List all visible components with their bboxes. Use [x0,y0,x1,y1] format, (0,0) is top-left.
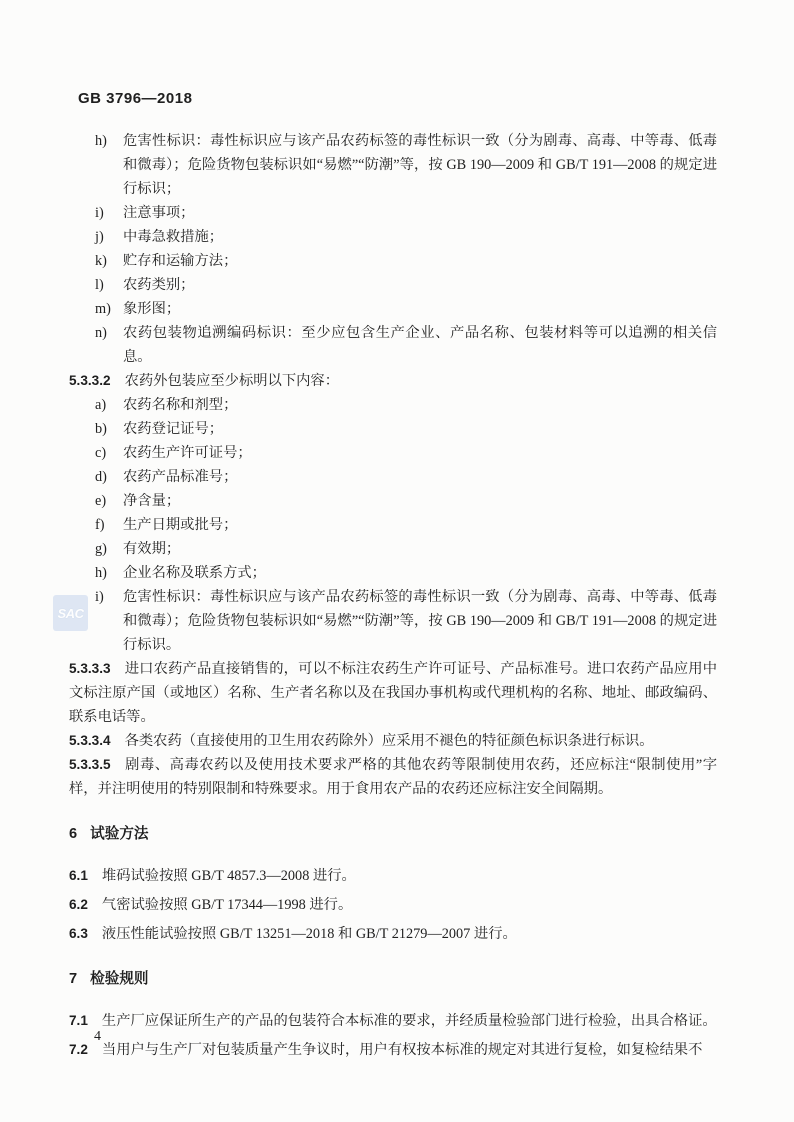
list-item-text: 净含量； [123,493,180,509]
list-item: k)贮存和运输方法； [69,249,717,273]
list-item-label: c) [95,441,106,465]
clause-text: 当用户与生产厂对包装质量产生争议时，用户有权按本标准的规定对其进行复检，如复检结… [102,1042,702,1058]
clause-text: 农药外包装应至少标明以下内容： [125,373,339,389]
clause-paragraph: 6.3液压性能试验按照 GB/T 13251—2018 和 GB/T 21279… [69,922,717,946]
list-item: l)农药类别； [69,273,717,297]
clause-paragraph: 5.3.3.4各类农药（直接使用的卫生用农药除外）应采用不褪色的特征颜色标识条进… [69,729,717,753]
list-item-label: a) [95,393,106,417]
clause-text: 剧毒、高毒农药以及使用技术要求严格的其他农药等限制使用农药，还应标注“限制使用”… [69,757,717,797]
clause-number: 7.2 [69,1042,88,1057]
clause-text: 气密试验按照 GB/T 17344—1998 进行。 [102,897,352,913]
clause-paragraph: 5.3.3.2农药外包装应至少标明以下内容： [69,369,717,393]
list-item-text: 企业名称及联系方式； [123,565,266,581]
list-item-label: m) [95,297,111,321]
clause-number: 6.1 [69,868,88,883]
list-item-label: d) [95,465,107,489]
list-item: h)企业名称及联系方式； [69,561,717,585]
list-item-label: b) [95,417,107,441]
clause-paragraph: 6.1堆码试验按照 GB/T 4857.3—2008 进行。 [69,864,717,888]
clause-paragraph: 5.3.3.5剧毒、高毒农药以及使用技术要求严格的其他农药等限制使用农药，还应标… [69,753,717,801]
clause-text: 各类农药（直接使用的卫生用农药除外）应采用不褪色的特征颜色标识条进行标识。 [125,733,654,749]
section-heading-title: 试验方法 [90,826,148,842]
section-heading: 6试验方法 [69,822,717,846]
list-item-label: k) [95,249,107,273]
list-item-label: i) [95,201,104,225]
list-item-label: l) [95,273,104,297]
list-item: h)危害性标识：毒性标识应与该产品农药标签的毒性标识一致（分为剧毒、高毒、中等毒… [69,129,717,201]
clause-text: 堆码试验按照 GB/T 4857.3—2008 进行。 [102,868,356,884]
page-number: 4 [94,1029,101,1045]
list-item-text: 危害性标识：毒性标识应与该产品农药标签的毒性标识一致（分为剧毒、高毒、中等毒、低… [123,589,717,653]
list-item-text: 贮存和运输方法； [123,253,237,269]
list-item: i)危害性标识：毒性标识应与该产品农药标签的毒性标识一致（分为剧毒、高毒、中等毒… [69,585,717,657]
clause-number: 5.3.3.2 [69,373,111,388]
list-item: n)农药包装物追溯编码标识：至少应包含生产企业、产品名称、包装材料等可以追溯的相… [69,321,717,369]
list-item-text: 农药产品标准号； [123,469,237,485]
list-item-label: h) [95,129,107,153]
list-item: c)农药生产许可证号； [69,441,717,465]
clause-item-list: h)危害性标识：毒性标识应与该产品农药标签的毒性标识一致（分为剧毒、高毒、中等毒… [69,129,717,369]
list-item-label: f) [95,513,105,537]
list-item-label: j) [95,225,104,249]
clause-number: 5.3.3.5 [69,757,111,772]
clause-paragraph: 7.2当用户与生产厂对包装质量产生争议时，用户有权按本标准的规定对其进行复检，如… [69,1038,717,1062]
list-item-label: n) [95,321,107,345]
clause-paragraph: 7.1生产厂应保证所生产的产品的包装符合本标准的要求，并经质量检验部门进行检验，… [69,1009,717,1033]
section-heading: 7检验规则 [69,967,717,991]
clause-number: 5.3.3.4 [69,733,111,748]
list-item-text: 中毒急救措施； [123,229,223,245]
list-item: i)注意事项； [69,201,717,225]
list-item-label: h) [95,561,107,585]
document-body: h)危害性标识：毒性标识应与该产品农药标签的毒性标识一致（分为剧毒、高毒、中等毒… [69,129,717,1067]
clause-text: 生产厂应保证所生产的产品的包装符合本标准的要求，并经质量检验部门进行检验，出具合… [102,1013,717,1029]
clause-number: 6.3 [69,926,88,941]
list-item-label: i) [95,585,104,609]
list-item-text: 有效期； [123,541,180,557]
list-item-text: 注意事项； [123,205,194,221]
clause-paragraph: 6.2气密试验按照 GB/T 17344—1998 进行。 [69,893,717,917]
list-item: g)有效期； [69,537,717,561]
clause-text: 液压性能试验按照 GB/T 13251—2018 和 GB/T 21279—20… [102,926,517,942]
section-heading-number: 6 [69,826,77,842]
list-item-text: 生产日期或批号； [123,517,237,533]
list-item-text: 农药生产许可证号； [123,445,252,461]
clause-number: 6.2 [69,897,88,912]
list-item-label: g) [95,537,107,561]
section-heading-number: 7 [69,971,77,987]
list-item: m)象形图； [69,297,717,321]
section-heading-title: 检验规则 [90,971,148,987]
list-item: d)农药产品标准号； [69,465,717,489]
list-item-text: 农药类别； [123,277,194,293]
list-item-text: 象形图； [123,301,180,317]
list-item: f)生产日期或批号； [69,513,717,537]
list-item-text: 危害性标识：毒性标识应与该产品农药标签的毒性标识一致（分为剧毒、高毒、中等毒、低… [123,133,717,197]
list-item: e)净含量； [69,489,717,513]
list-item-text: 农药登记证号； [123,421,223,437]
clause-item-list: a)农药名称和剂型；b)农药登记证号；c)农药生产许可证号；d)农药产品标准号；… [69,393,717,657]
list-item-text: 农药包装物追溯编码标识：至少应包含生产企业、产品名称、包装材料等可以追溯的相关信… [123,325,717,365]
list-item-label: e) [95,489,106,513]
clause-text: 进口农药产品直接销售的，可以不标注农药生产许可证号、产品标准号。进口农药产品应用… [69,661,717,725]
list-item: b)农药登记证号； [69,417,717,441]
document-page: SAC GB 3796—2018 h)危害性标识：毒性标识应与该产品农药标签的毒… [0,0,794,1122]
list-item: j)中毒急救措施； [69,225,717,249]
clause-paragraph: 5.3.3.3进口农药产品直接销售的，可以不标注农药生产许可证号、产品标准号。进… [69,657,717,729]
list-item-text: 农药名称和剂型； [123,397,237,413]
list-item: a)农药名称和剂型； [69,393,717,417]
clause-number: 5.3.3.3 [69,661,111,676]
standard-number-header: GB 3796—2018 [78,90,192,107]
clause-number: 7.1 [69,1013,88,1028]
